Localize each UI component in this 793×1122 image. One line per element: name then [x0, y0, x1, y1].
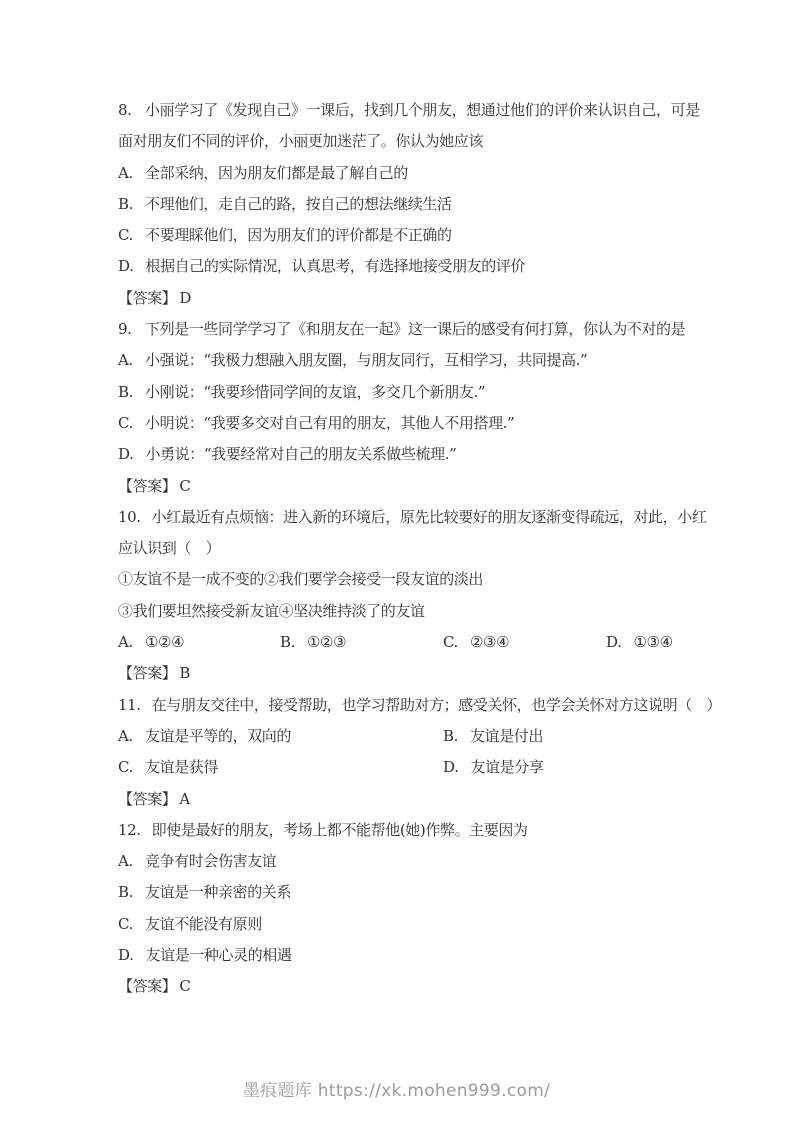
- answer-prefix: 【答案】: [118, 477, 176, 495]
- question-10-option-a: A.①②④: [118, 627, 280, 658]
- option-text: 全部采纳，因为朋友们都是最了解自己的: [145, 164, 408, 182]
- question-8-option-b: B.不理他们，走自己的路，按自己的想法继续生活: [118, 189, 690, 220]
- option-label: B.: [118, 877, 133, 908]
- question-8: 8.小丽学习了《发现自己》一课后，找到几个朋友，想通过他们的评价来认识自己，可是…: [118, 95, 690, 314]
- option-label: B.: [118, 377, 133, 408]
- option-label: D.: [443, 752, 458, 783]
- question-8-option-c: C.不要理睬他们，因为朋友们的评价都是不正确的: [118, 220, 690, 251]
- answer-prefix: 【答案】: [118, 977, 176, 995]
- option-text: 友谊是一种亲密的关系: [145, 883, 291, 901]
- question-10-option-d: D.①③④: [606, 627, 690, 658]
- question-9-option-a: A.小强说：“我极力想融入朋友圈，与朋友同行，互相学习，共同提高.”: [118, 345, 690, 376]
- document-page: 8.小丽学习了《发现自己》一课后，找到几个朋友，想通过他们的评价来认识自己，可是…: [0, 0, 793, 1122]
- option-label: D.: [118, 251, 133, 282]
- question-9-number: 9.: [118, 314, 134, 345]
- question-12-option-b: B.友谊是一种亲密的关系: [118, 877, 690, 908]
- option-text: 小勇说：“我要经常对自己的朋友关系做些梳理.”: [145, 445, 456, 463]
- question-11-options-row-2: C.友谊是获得 D.友谊是分享: [118, 752, 690, 783]
- question-10-option-b: B.①②③: [280, 627, 443, 658]
- answer-prefix: 【答案】: [118, 664, 176, 682]
- option-label: C.: [118, 220, 133, 251]
- option-label: B.: [118, 189, 133, 220]
- answer-value: C: [179, 477, 190, 495]
- option-text: 友谊是平等的，双向的: [145, 727, 291, 745]
- option-label: C.: [443, 627, 458, 658]
- question-10-statement-1-2: ①友谊不是一成不变的②我们要学会接受一段友谊的淡出: [118, 564, 690, 595]
- question-10-stem-text: 小红最近有点烦恼：进入新的环境后，原先比较要好的朋友逐渐变得疏远，对此，小红: [152, 508, 707, 526]
- question-9-option-b: B.小刚说：“我要珍惜同学间的友谊，多交几个新朋友.”: [118, 377, 690, 408]
- footer-url: https://xk.mohen999.com/: [318, 1081, 550, 1101]
- option-text: 不要理睬他们，因为朋友们的评价都是不正确的: [145, 226, 452, 244]
- question-12-answer: 【答案】C: [118, 971, 690, 1002]
- option-label: C.: [118, 909, 133, 940]
- option-text: 友谊是一种心灵的相遇: [145, 946, 291, 964]
- option-text: 竞争有时会伤害友谊: [145, 852, 276, 870]
- option-text: 友谊是分享: [470, 758, 543, 776]
- option-text: ①②③: [307, 633, 346, 651]
- question-12-option-a: A.竞争有时会伤害友谊: [118, 846, 690, 877]
- option-text: 友谊不能没有原则: [145, 915, 262, 933]
- question-12-stem-line-1: 12.即使是最好的朋友，考场上都不能帮他(她)作弊。主要因为: [118, 815, 690, 846]
- option-label: D.: [606, 627, 621, 658]
- question-9-option-c: C.小明说：“我要多交对自己有用的朋友，其他人不用搭理.”: [118, 408, 690, 439]
- question-10-options-row: A.①②④ B.①②③ C.②③④ D.①③④: [118, 627, 690, 658]
- option-text: 不理他们，走自己的路，按自己的想法继续生活: [145, 195, 452, 213]
- question-11-answer: 【答案】A: [118, 784, 690, 815]
- option-label: C.: [118, 408, 133, 439]
- question-9-stem-text: 下列是一些同学学习了《和朋友在一起》这一课后的感受有何打算，你认为不对的是: [145, 320, 685, 338]
- question-8-option-a: A.全部采纳，因为朋友们都是最了解自己的: [118, 158, 690, 189]
- question-12-option-d: D.友谊是一种心灵的相遇: [118, 940, 690, 971]
- question-11-stem-text: 在与朋友交往中，接受帮助，也学习帮助对方；感受关怀，也学会关怀对方这说明（ ）: [152, 696, 721, 714]
- footer-site-name: 墨痕题库: [243, 1081, 312, 1101]
- option-label: B.: [443, 721, 458, 752]
- question-12: 12.即使是最好的朋友，考场上都不能帮他(她)作弊。主要因为 A.竞争有时会伤害…: [118, 815, 690, 1003]
- answer-value: A: [179, 790, 189, 808]
- option-label: A.: [118, 721, 133, 752]
- question-11-options-row-1: A.友谊是平等的，双向的 B.友谊是付出: [118, 721, 690, 752]
- question-10-statement-3-4: ③我们要坦然接受新友谊④坚决维持淡了的友谊: [118, 596, 690, 627]
- answer-value: B: [179, 664, 190, 682]
- question-12-number: 12.: [118, 815, 141, 846]
- option-text: 小明说：“我要多交对自己有用的朋友，其他人不用搭理.”: [145, 414, 514, 432]
- question-10-stem-line-1: 10.小红最近有点烦恼：进入新的环境后，原先比较要好的朋友逐渐变得疏远，对此，小…: [118, 502, 690, 533]
- option-text: ①②④: [145, 633, 184, 651]
- question-10: 10.小红最近有点烦恼：进入新的环境后，原先比较要好的朋友逐渐变得疏远，对此，小…: [118, 502, 690, 690]
- option-label: C.: [118, 752, 133, 783]
- question-10-answer: 【答案】B: [118, 658, 690, 689]
- option-label: A.: [118, 158, 133, 189]
- question-10-stem-line-2: 应认识到（ ）: [118, 533, 690, 564]
- question-9-option-d: D.小勇说：“我要经常对自己的朋友关系做些梳理.”: [118, 439, 690, 470]
- option-text: ②③④: [470, 633, 509, 651]
- question-11-number: 11.: [118, 690, 141, 721]
- question-11: 11.在与朋友交往中，接受帮助，也学习帮助对方；感受关怀，也学会关怀对方这说明（…: [118, 690, 690, 815]
- question-11-option-a: A.友谊是平等的，双向的: [118, 721, 443, 752]
- question-11-stem-line-1: 11.在与朋友交往中，接受帮助，也学习帮助对方；感受关怀，也学会关怀对方这说明（…: [118, 690, 690, 721]
- question-11-option-d: D.友谊是分享: [443, 752, 690, 783]
- question-8-option-d: D.根据自己的实际情况，认真思考，有选择地接受朋友的评价: [118, 251, 690, 282]
- option-text: 友谊是获得: [145, 758, 218, 776]
- question-9-answer: 【答案】C: [118, 471, 690, 502]
- option-label: A.: [118, 627, 133, 658]
- option-text: 小强说：“我极力想融入朋友圈，与朋友同行，互相学习，共同提高.”: [145, 351, 587, 369]
- question-9-stem-line-1: 9.下列是一些同学学习了《和朋友在一起》这一课后的感受有何打算，你认为不对的是: [118, 314, 690, 345]
- question-11-option-c: C.友谊是获得: [118, 752, 443, 783]
- question-8-stem-text: 小丽学习了《发现自己》一课后，找到几个朋友，想通过他们的评价来认识自己，可是: [145, 101, 700, 119]
- answer-prefix: 【答案】: [118, 790, 176, 808]
- exam-content: 8.小丽学习了《发现自己》一课后，找到几个朋友，想通过他们的评价来认识自己，可是…: [118, 95, 690, 1003]
- question-8-stem-line-2: 面对朋友们不同的评价，小丽更加迷茫了。你认为她应该: [118, 126, 690, 157]
- question-8-stem-line-1: 8.小丽学习了《发现自己》一课后，找到几个朋友，想通过他们的评价来认识自己，可是: [118, 95, 690, 126]
- question-9: 9.下列是一些同学学习了《和朋友在一起》这一课后的感受有何打算，你认为不对的是 …: [118, 314, 690, 502]
- option-label: D.: [118, 439, 133, 470]
- question-8-number: 8.: [118, 95, 134, 126]
- question-12-stem-text: 即使是最好的朋友，考场上都不能帮他(她)作弊。主要因为: [152, 821, 528, 839]
- question-10-option-c: C.②③④: [443, 627, 606, 658]
- option-text: 根据自己的实际情况，认真思考，有选择地接受朋友的评价: [145, 257, 525, 275]
- answer-value: D: [179, 289, 191, 307]
- option-label: B.: [280, 627, 295, 658]
- question-12-option-c: C.友谊不能没有原则: [118, 909, 690, 940]
- option-label: A.: [118, 846, 133, 877]
- option-text: ①③④: [633, 633, 672, 651]
- question-10-number: 10.: [118, 502, 141, 533]
- answer-prefix: 【答案】: [118, 289, 176, 307]
- option-text: 友谊是付出: [470, 727, 543, 745]
- answer-value: C: [179, 977, 190, 995]
- option-label: A.: [118, 345, 133, 376]
- option-text: 小刚说：“我要珍惜同学间的友谊，多交几个新朋友.”: [145, 383, 485, 401]
- option-label: D.: [118, 940, 133, 971]
- question-11-option-b: B.友谊是付出: [443, 721, 690, 752]
- footer-watermark: 墨痕题库 https://xk.mohen999.com/: [0, 1076, 793, 1101]
- question-8-answer: 【答案】D: [118, 283, 690, 314]
